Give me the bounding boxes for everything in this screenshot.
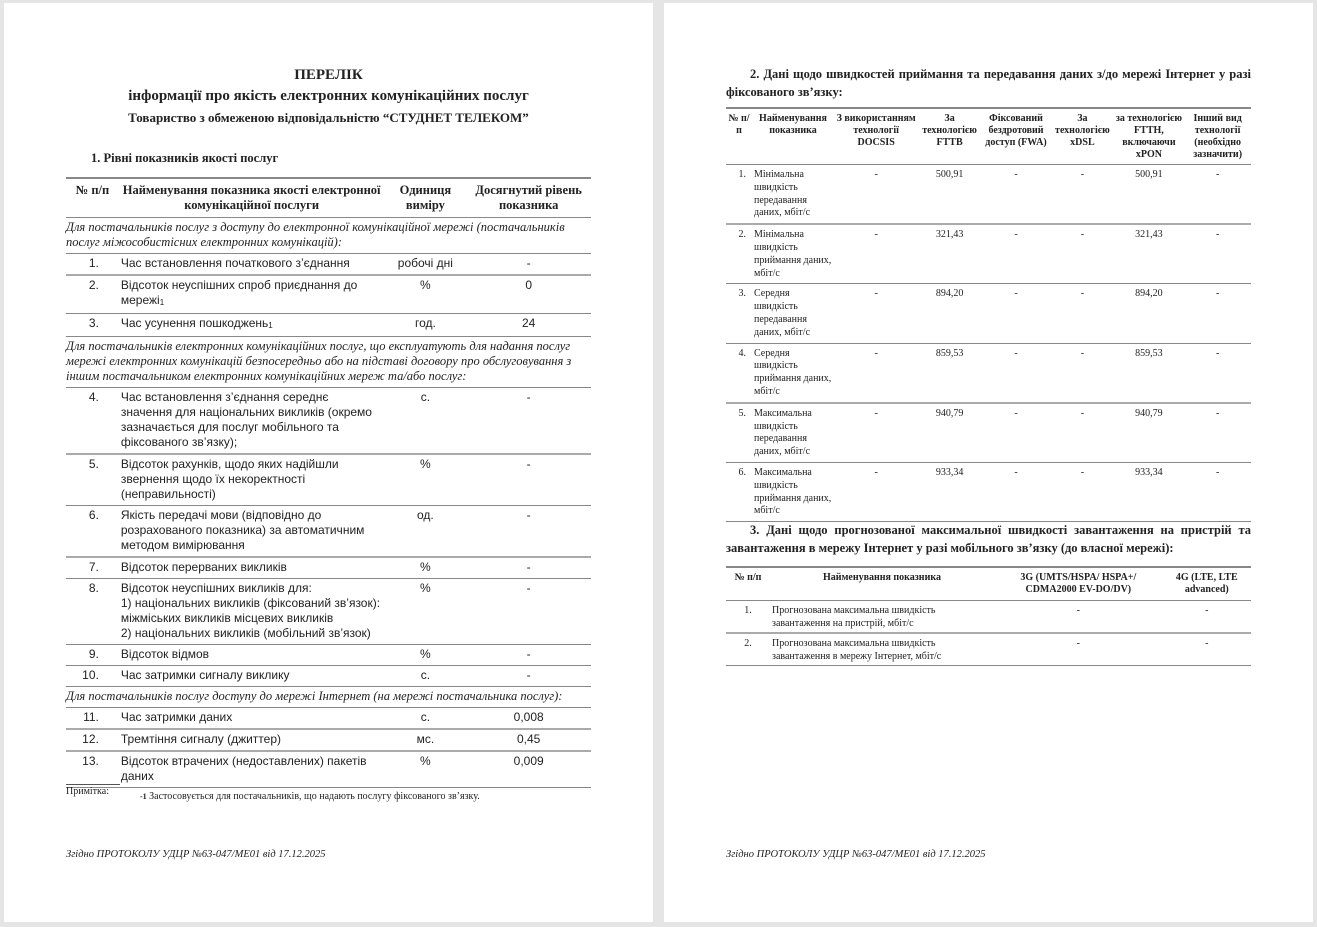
unit: % bbox=[384, 645, 466, 666]
indicator-name: Мінімальна швидкість приймання даних, мб… bbox=[752, 224, 834, 284]
achieved-value: - bbox=[466, 645, 591, 666]
indicator-name: Максимальна швидкість передавання даних,… bbox=[752, 403, 834, 463]
row-number: 7. bbox=[66, 557, 119, 579]
table-row: 5.Відсоток рахунків, щодо яких надійшли … bbox=[66, 454, 591, 506]
indicator-name: Максимальна швидкість приймання даних, м… bbox=[752, 462, 834, 521]
table-row: 6.Якість передачі мови (відповідно до ро… bbox=[66, 506, 591, 558]
table-row: 3.Час усунення пошкоджень1год.24 bbox=[66, 314, 591, 337]
unit: % bbox=[384, 557, 466, 579]
row-number: 3. bbox=[726, 284, 752, 343]
col-header-ftth: за технологією FTTH, включаючи xPON bbox=[1114, 108, 1185, 165]
unit: с. bbox=[384, 708, 466, 730]
value-other: - bbox=[1184, 224, 1251, 284]
value-fwa: - bbox=[981, 343, 1051, 403]
value-fwa: - bbox=[981, 462, 1051, 521]
value-ftth: 933,34 bbox=[1114, 462, 1185, 521]
col-header-unit: Одиниця виміру bbox=[384, 178, 466, 218]
indicator-name-text: Час встановлення з’єднання середнє значе… bbox=[121, 390, 372, 449]
indicator-name: Прогнозована максимальна швидкість заван… bbox=[770, 601, 994, 634]
value-4g: - bbox=[1163, 633, 1251, 666]
indicator-name-text: Якість передачі мови (відповідно до розр… bbox=[121, 508, 365, 552]
row-number: 1. bbox=[66, 254, 119, 276]
indicator-name-text: Час затримки сигналу виклику bbox=[121, 668, 290, 682]
indicator-name-text: Відсоток відмов bbox=[121, 647, 209, 661]
row-number: 5. bbox=[726, 403, 752, 463]
table-header-row: № п/п Найменування показника 3G (UMTS/HS… bbox=[726, 567, 1251, 601]
unit: % bbox=[384, 579, 466, 645]
indicator-name-text: Тремтіння сигналу (джиттер) bbox=[121, 732, 281, 746]
value-docsis: - bbox=[834, 343, 918, 403]
table-row: 12.Тремтіння сигналу (джиттер)мс.0,45 bbox=[66, 729, 591, 751]
value-3g: - bbox=[994, 601, 1163, 634]
value-fwa: - bbox=[981, 403, 1051, 463]
section-3-title-text: 3. Дані щодо прогнозованої максимальної … bbox=[726, 523, 1251, 555]
indicator-name-text: Відсоток рахунків, щодо яких надійшли зв… bbox=[121, 457, 339, 501]
indicator-name: Відсоток відмов bbox=[119, 645, 385, 666]
note-label: Примітка: bbox=[66, 786, 109, 797]
company-name: Товариство з обмеженою відповідальністю … bbox=[4, 110, 653, 126]
value-docsis: - bbox=[834, 403, 918, 463]
table-header-row: № п/п Найменування показника З використа… bbox=[726, 108, 1251, 165]
indicator-name: Мінімальна швидкість передавання даних, … bbox=[752, 165, 834, 225]
value-docsis: - bbox=[834, 165, 918, 225]
unit: мс. bbox=[384, 729, 466, 751]
table-row: 4.Середня швидкість приймання даних, мбі… bbox=[726, 343, 1251, 403]
note-body: Застосовується для постачальників, що на… bbox=[149, 791, 480, 802]
section-2-title-text: 2. Дані щодо швидкостей приймання та пер… bbox=[726, 67, 1251, 99]
indicator-name: Якість передачі мови (відповідно до розр… bbox=[119, 506, 385, 558]
row-number: 2. bbox=[726, 633, 770, 666]
indicator-name: Відсоток неуспішних спроб приєднання до … bbox=[119, 275, 385, 314]
unit: % bbox=[384, 751, 466, 788]
row-number: 5. bbox=[66, 454, 119, 506]
document-subtitle: інформації про якість електронних комуні… bbox=[4, 88, 653, 105]
section-2-title: 2. Дані щодо швидкостей приймання та пер… bbox=[726, 65, 1251, 101]
value-xdsl: - bbox=[1051, 462, 1113, 521]
achieved-value: - bbox=[466, 454, 591, 506]
unit: % bbox=[384, 275, 466, 314]
note-marker: -1 bbox=[140, 792, 147, 801]
col-header-number: № п/п bbox=[726, 108, 752, 165]
achieved-value: - bbox=[466, 579, 591, 645]
table-row: 1.Прогнозована максимальна швидкість зав… bbox=[726, 601, 1251, 634]
table-row: 6.Максимальна швидкість приймання даних,… bbox=[726, 462, 1251, 521]
unit: од. bbox=[384, 506, 466, 558]
row-number: 6. bbox=[66, 506, 119, 558]
indicator-name-text: Час затримки даних bbox=[121, 710, 232, 724]
row-number: 12. bbox=[66, 729, 119, 751]
table-row: 5.Максимальна швидкість передавання дани… bbox=[726, 403, 1251, 463]
indicator-name: Відсоток перерваних викликів bbox=[119, 557, 385, 579]
indicator-name-text: Відсоток перерваних викликів bbox=[121, 560, 287, 574]
table-row: 10.Час затримки сигналу викликус.- bbox=[66, 666, 591, 687]
unit: робочі дні bbox=[384, 254, 466, 276]
table-row: 2.Відсоток неуспішних спроб приєднання д… bbox=[66, 275, 591, 314]
value-fwa: - bbox=[981, 165, 1051, 225]
value-fttb: 894,20 bbox=[918, 284, 981, 343]
value-fttb: 933,34 bbox=[918, 462, 981, 521]
quality-indicators-table: № п/п Найменування показника якості елек… bbox=[66, 177, 591, 788]
footnote-marker: 1 bbox=[160, 298, 164, 307]
achieved-value: 24 bbox=[466, 314, 591, 337]
row-number: 11. bbox=[66, 708, 119, 730]
col-header-number: № п/п bbox=[726, 567, 770, 601]
unit: год. bbox=[384, 314, 466, 337]
achieved-value: 0,45 bbox=[466, 729, 591, 751]
col-header-other: Інший вид технології (необхідно зазначит… bbox=[1184, 108, 1251, 165]
footnote-separator bbox=[66, 784, 120, 785]
indicator-name: Відсоток рахунків, щодо яких надійшли зв… bbox=[119, 454, 385, 506]
value-xdsl: - bbox=[1051, 343, 1113, 403]
unit: % bbox=[384, 454, 466, 506]
indicator-name-text: Час встановлення початкового з’єднання bbox=[121, 256, 350, 270]
group-label: Для постачальників електронних комунікац… bbox=[66, 337, 591, 388]
page-footer: Згідно ПРОТОКОЛУ УДЦР №63-047/МЕ01 від 1… bbox=[726, 849, 986, 860]
document-title: ПЕРЕЛІК bbox=[4, 67, 653, 84]
group-row: Для постачальників послуг доступу до мер… bbox=[66, 687, 591, 708]
indicator-name-text: Відсоток втрачених (недоставлених) пакет… bbox=[121, 754, 367, 783]
table-row: 13.Відсоток втрачених (недоставлених) па… bbox=[66, 751, 591, 788]
achieved-value: 0,008 bbox=[466, 708, 591, 730]
achieved-value: - bbox=[466, 666, 591, 687]
row-number: 2. bbox=[726, 224, 752, 284]
indicator-name: Час усунення пошкоджень1 bbox=[119, 314, 385, 337]
value-other: - bbox=[1184, 462, 1251, 521]
achieved-value: - bbox=[466, 557, 591, 579]
indicator-name: Прогнозована максимальна швидкість заван… bbox=[770, 633, 994, 666]
table-row: 11.Час затримки данихс.0,008 bbox=[66, 708, 591, 730]
note-text: -1 Застосовується для постачальників, що… bbox=[140, 791, 480, 802]
value-fwa: - bbox=[981, 224, 1051, 284]
table-row: 9.Відсоток відмов%- bbox=[66, 645, 591, 666]
col-header-fwa: Фіксований бездротовий доступ (FWA) bbox=[981, 108, 1051, 165]
row-number: 1. bbox=[726, 601, 770, 634]
value-docsis: - bbox=[834, 284, 918, 343]
achieved-value: - bbox=[466, 254, 591, 276]
indicator-name: Час встановлення з’єднання середнє значе… bbox=[119, 388, 385, 455]
row-number: 3. bbox=[66, 314, 119, 337]
row-number: 6. bbox=[726, 462, 752, 521]
indicator-name-text: Час усунення пошкоджень bbox=[121, 316, 268, 330]
indicator-name-text: Відсоток неуспішних викликів для: 1) нац… bbox=[121, 581, 380, 640]
value-fttb: 500,91 bbox=[918, 165, 981, 225]
indicator-name-text: Відсоток неуспішних спроб приєднання до … bbox=[121, 278, 357, 307]
value-ftth: 859,53 bbox=[1114, 343, 1185, 403]
fixed-speeds-table: № п/п Найменування показника З використа… bbox=[726, 107, 1251, 522]
value-fttb: 859,53 bbox=[918, 343, 981, 403]
group-label: Для постачальників послуг з доступу до е… bbox=[66, 218, 591, 254]
indicator-name: Тремтіння сигналу (джиттер) bbox=[119, 729, 385, 751]
col-header-xdsl: За технологією xDSL bbox=[1051, 108, 1113, 165]
table-row: 8.Відсоток неуспішних викликів для: 1) н… bbox=[66, 579, 591, 645]
value-xdsl: - bbox=[1051, 224, 1113, 284]
col-header-name: Найменування показника bbox=[770, 567, 994, 601]
value-ftth: 940,79 bbox=[1114, 403, 1185, 463]
indicator-name: Час затримки сигналу виклику bbox=[119, 666, 385, 687]
value-fwa: - bbox=[981, 284, 1051, 343]
unit: с. bbox=[384, 388, 466, 455]
row-number: 9. bbox=[66, 645, 119, 666]
indicator-name: Середня швидкість передавання даних, мбі… bbox=[752, 284, 834, 343]
value-docsis: - bbox=[834, 224, 918, 284]
indicator-name: Відсоток втрачених (недоставлених) пакет… bbox=[119, 751, 385, 788]
achieved-value: 0 bbox=[466, 275, 591, 314]
group-row: Для постачальників послуг з доступу до е… bbox=[66, 218, 591, 254]
indicator-name: Середня швидкість приймання даних, мбіт/… bbox=[752, 343, 834, 403]
value-fttb: 321,43 bbox=[918, 224, 981, 284]
section-1-title: 1. Рівні показників якості послуг bbox=[91, 151, 278, 166]
footnote-marker: 1 bbox=[268, 321, 272, 330]
indicator-name: Час затримки даних bbox=[119, 708, 385, 730]
value-other: - bbox=[1184, 343, 1251, 403]
col-header-4g: 4G (LTE, LTE advanced) bbox=[1163, 567, 1251, 601]
value-fttb: 940,79 bbox=[918, 403, 981, 463]
col-header-name: Найменування показника якості електронно… bbox=[119, 178, 385, 218]
mobile-speeds-table: № п/п Найменування показника 3G (UMTS/HS… bbox=[726, 566, 1251, 666]
table-row: 7.Відсоток перерваних викликів%- bbox=[66, 557, 591, 579]
table-row: 1.Мінімальна швидкість передавання даних… bbox=[726, 165, 1251, 225]
row-number: 4. bbox=[66, 388, 119, 455]
group-row: Для постачальників електронних комунікац… bbox=[66, 337, 591, 388]
table-row: 2.Мінімальна швидкість приймання даних, … bbox=[726, 224, 1251, 284]
row-number: 13. bbox=[66, 751, 119, 788]
table-row: 2.Прогнозована максимальна швидкість зав… bbox=[726, 633, 1251, 666]
value-ftth: 894,20 bbox=[1114, 284, 1185, 343]
document-page-2: 2. Дані щодо швидкостей приймання та пер… bbox=[664, 3, 1313, 922]
value-other: - bbox=[1184, 165, 1251, 225]
table-row: 1.Час встановлення початкового з’єднання… bbox=[66, 254, 591, 276]
indicator-name: Відсоток неуспішних викликів для: 1) нац… bbox=[119, 579, 385, 645]
value-xdsl: - bbox=[1051, 165, 1113, 225]
value-other: - bbox=[1184, 284, 1251, 343]
value-xdsl: - bbox=[1051, 403, 1113, 463]
achieved-value: - bbox=[466, 506, 591, 558]
row-number: 2. bbox=[66, 275, 119, 314]
value-docsis: - bbox=[834, 462, 918, 521]
row-number: 4. bbox=[726, 343, 752, 403]
section-3-title: 3. Дані щодо прогнозованої максимальної … bbox=[726, 521, 1251, 557]
col-header-value: Досягнутий рівень показника bbox=[466, 178, 591, 218]
value-4g: - bbox=[1163, 601, 1251, 634]
value-other: - bbox=[1184, 403, 1251, 463]
group-label: Для постачальників послуг доступу до мер… bbox=[66, 687, 591, 708]
achieved-value: 0,009 bbox=[466, 751, 591, 788]
value-ftth: 500,91 bbox=[1114, 165, 1185, 225]
table-row: 3.Середня швидкість передавання даних, м… bbox=[726, 284, 1251, 343]
row-number: 1. bbox=[726, 165, 752, 225]
col-header-fttb: За технологією FTTB bbox=[918, 108, 981, 165]
col-header-3g: 3G (UMTS/HSPA/ HSPA+/ CDMA2000 EV-DO/DV) bbox=[994, 567, 1163, 601]
achieved-value: - bbox=[466, 388, 591, 455]
row-number: 10. bbox=[66, 666, 119, 687]
col-header-number: № п/п bbox=[66, 178, 119, 218]
unit: с. bbox=[384, 666, 466, 687]
value-xdsl: - bbox=[1051, 284, 1113, 343]
col-header-name: Найменування показника bbox=[752, 108, 834, 165]
value-3g: - bbox=[994, 633, 1163, 666]
document-page-1: ПЕРЕЛІК інформації про якість електронни… bbox=[4, 3, 653, 922]
table-row: 4.Час встановлення з’єднання середнє зна… bbox=[66, 388, 591, 455]
indicator-name: Час встановлення початкового з’єднання bbox=[119, 254, 385, 276]
page-footer: Згідно ПРОТОКОЛУ УДЦР №63-047/МЕ01 від 1… bbox=[66, 849, 326, 860]
col-header-docsis: З використанням технології DOCSIS bbox=[834, 108, 918, 165]
row-number: 8. bbox=[66, 579, 119, 645]
value-ftth: 321,43 bbox=[1114, 224, 1185, 284]
table-header-row: № п/п Найменування показника якості елек… bbox=[66, 178, 591, 218]
